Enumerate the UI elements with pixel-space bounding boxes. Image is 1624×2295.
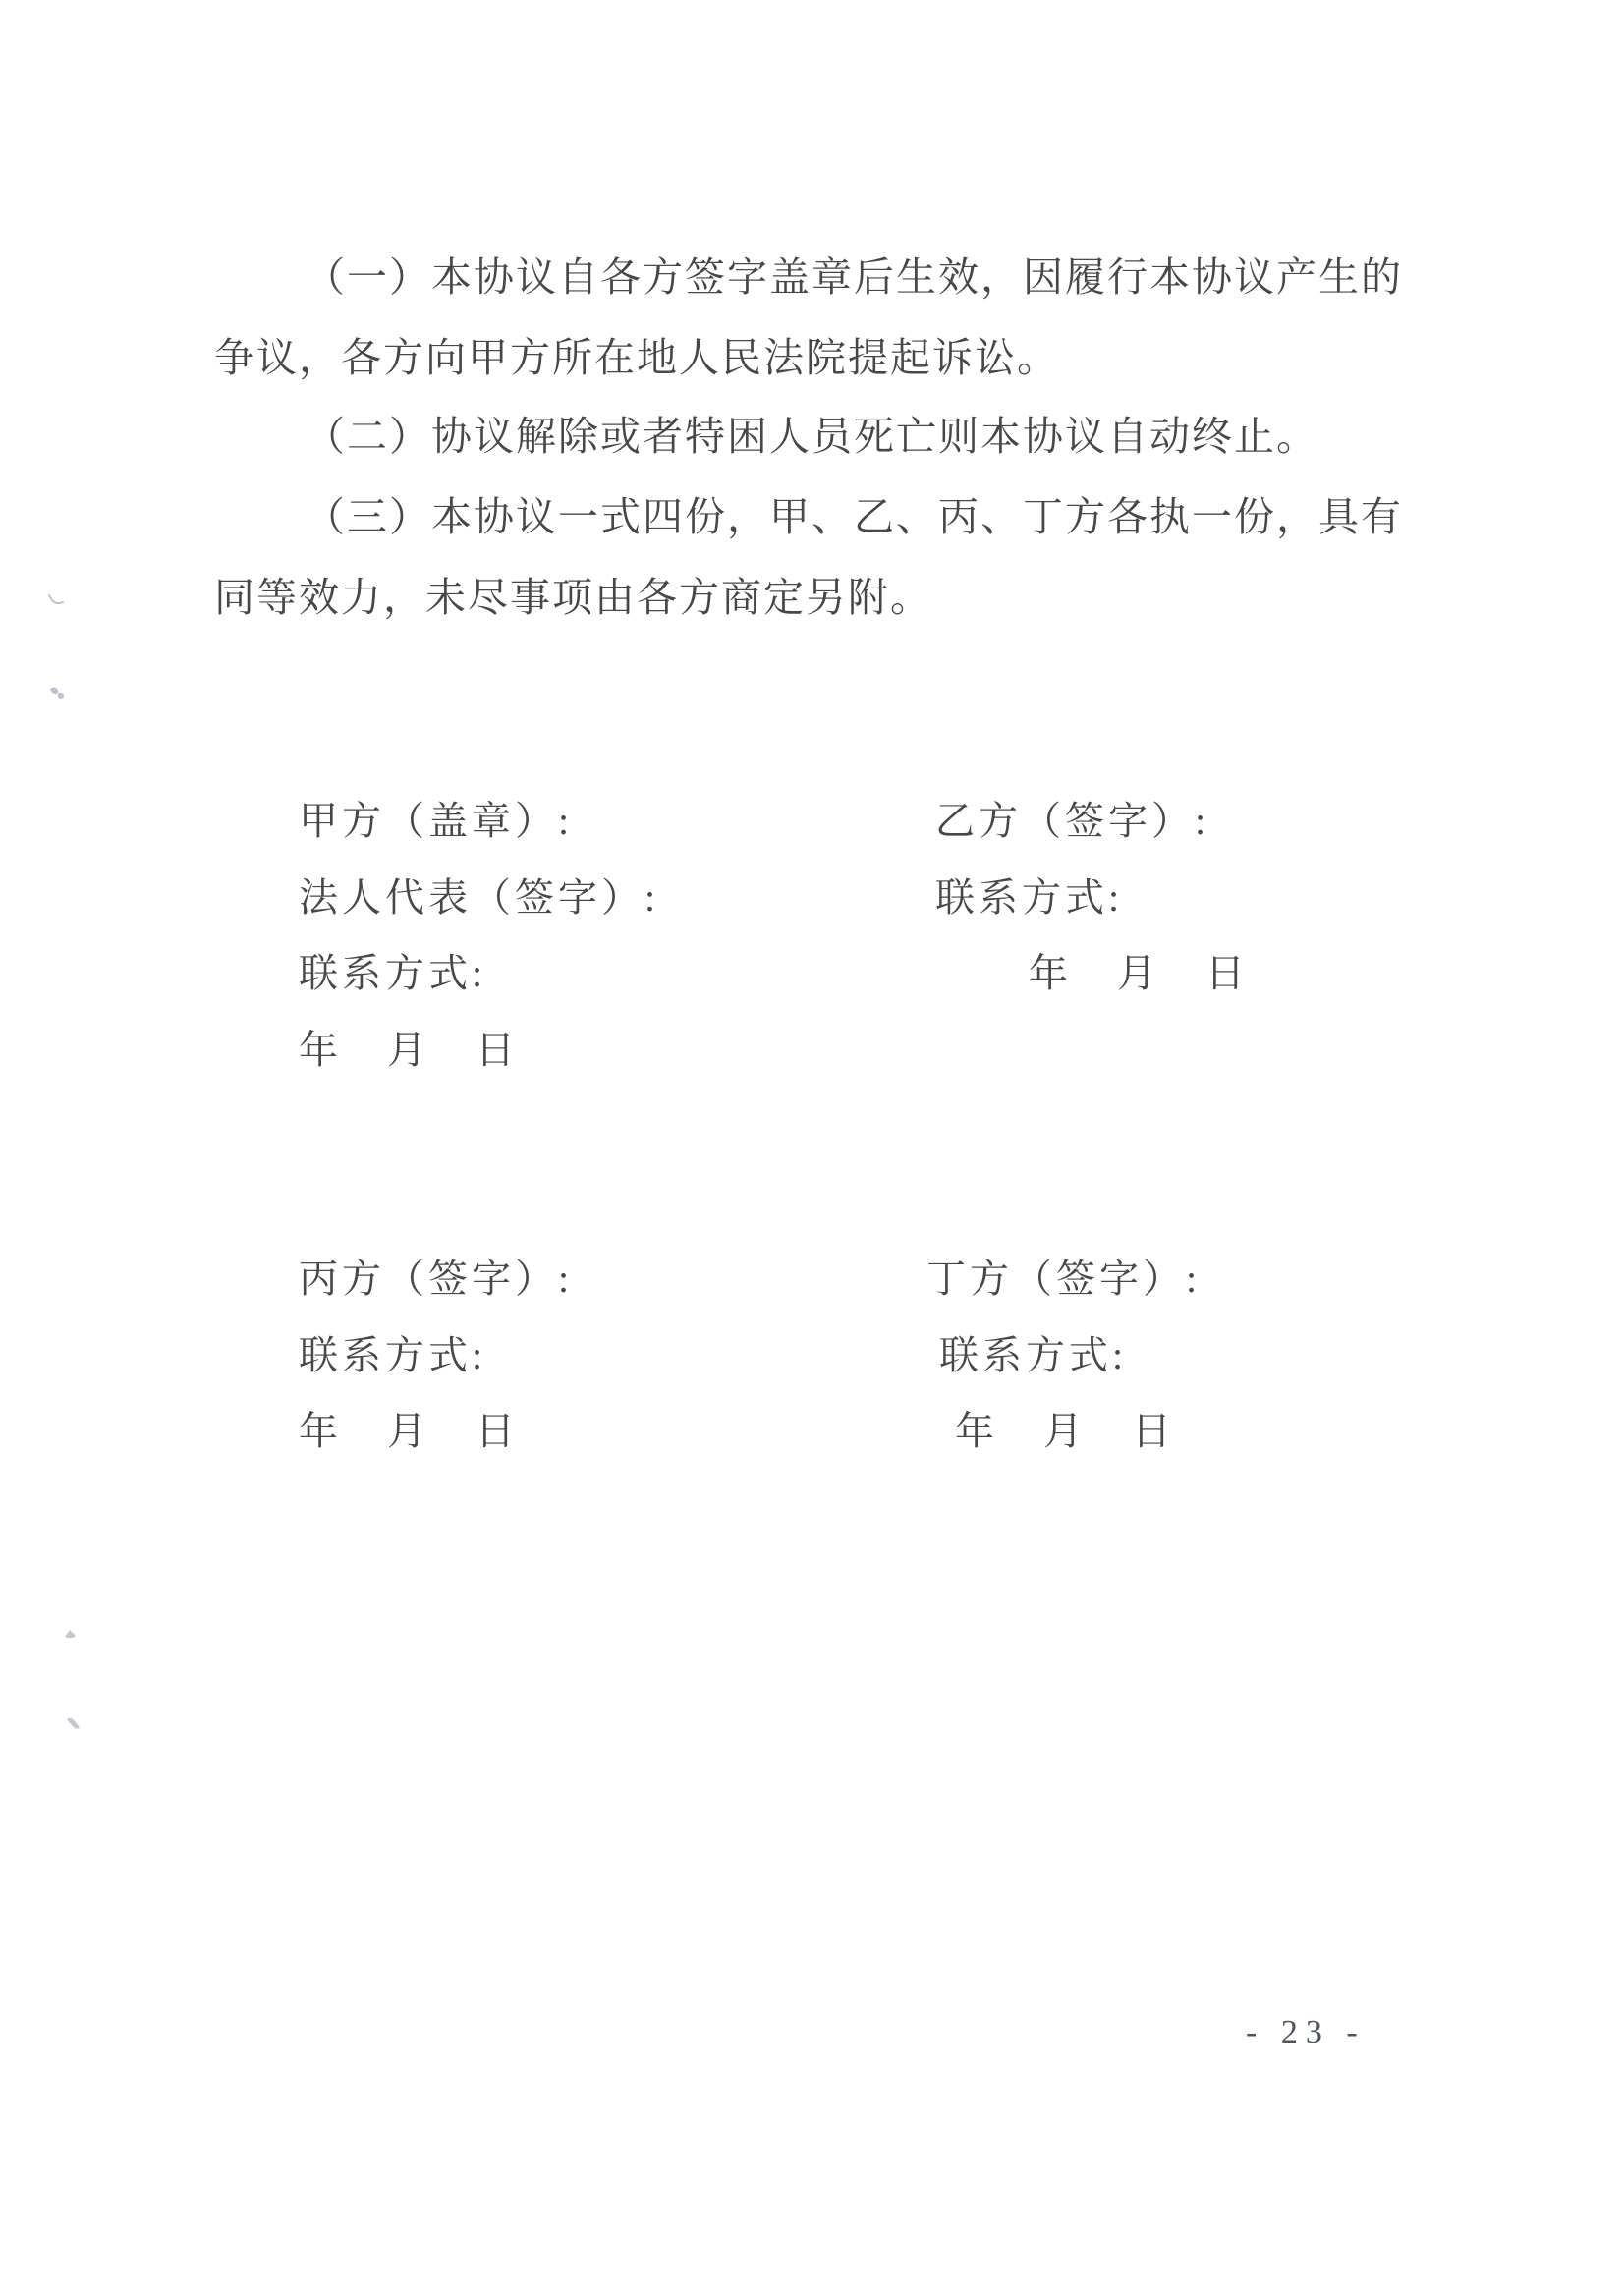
scan-speck bbox=[62, 1627, 80, 1641]
page-number: - 23 - bbox=[1246, 2016, 1366, 2049]
party-a-contact-label: 联系方式: bbox=[299, 954, 486, 993]
party-b-contact-label: 联系方式: bbox=[935, 878, 1123, 918]
party-a-seal-label: 甲方（盖章）: bbox=[299, 802, 573, 841]
party-c-date-line: 年 月 日 bbox=[299, 1412, 520, 1451]
party-c-contact-label: 联系方式: bbox=[299, 1336, 486, 1375]
party-b-date-line: 年 月 日 bbox=[1029, 954, 1250, 993]
party-d-contact-label: 联系方式: bbox=[939, 1336, 1127, 1375]
clause-2-line-1: （二）协议解除或者特困人员死亡则本协议自动终止。 bbox=[305, 417, 1318, 457]
party-c-signature-label: 丙方（签字）: bbox=[299, 1259, 573, 1299]
party-a-legal-rep-label: 法人代表（签字）: bbox=[299, 878, 659, 918]
party-d-signature-label: 丁方（签字）: bbox=[926, 1259, 1201, 1299]
party-d-date-line: 年 月 日 bbox=[955, 1412, 1176, 1451]
party-a-date-line: 年 月 日 bbox=[299, 1031, 520, 1070]
clause-3-line-2: 同等效力，未尽事项由各方商定另附。 bbox=[214, 578, 932, 618]
scan-speck bbox=[47, 684, 69, 701]
clause-3-line-1: （三）本协议一式四份，甲、乙、丙、丁方各执一份，具有 bbox=[305, 497, 1403, 537]
scanned-document-page: （一）本协议自各方签字盖章后生效，因履行本协议产生的 争议，各方向甲方所在地人民… bbox=[0, 0, 1624, 2295]
scan-speck bbox=[63, 1715, 84, 1733]
scan-speck bbox=[47, 593, 67, 609]
clause-1-line-2: 争议，各方向甲方所在地人民法院提起诉讼。 bbox=[214, 338, 1059, 378]
clause-1-line-1: （一）本协议自各方签字盖章后生效，因履行本协议产生的 bbox=[305, 257, 1403, 298]
party-b-signature-label: 乙方（签字）: bbox=[935, 802, 1209, 841]
